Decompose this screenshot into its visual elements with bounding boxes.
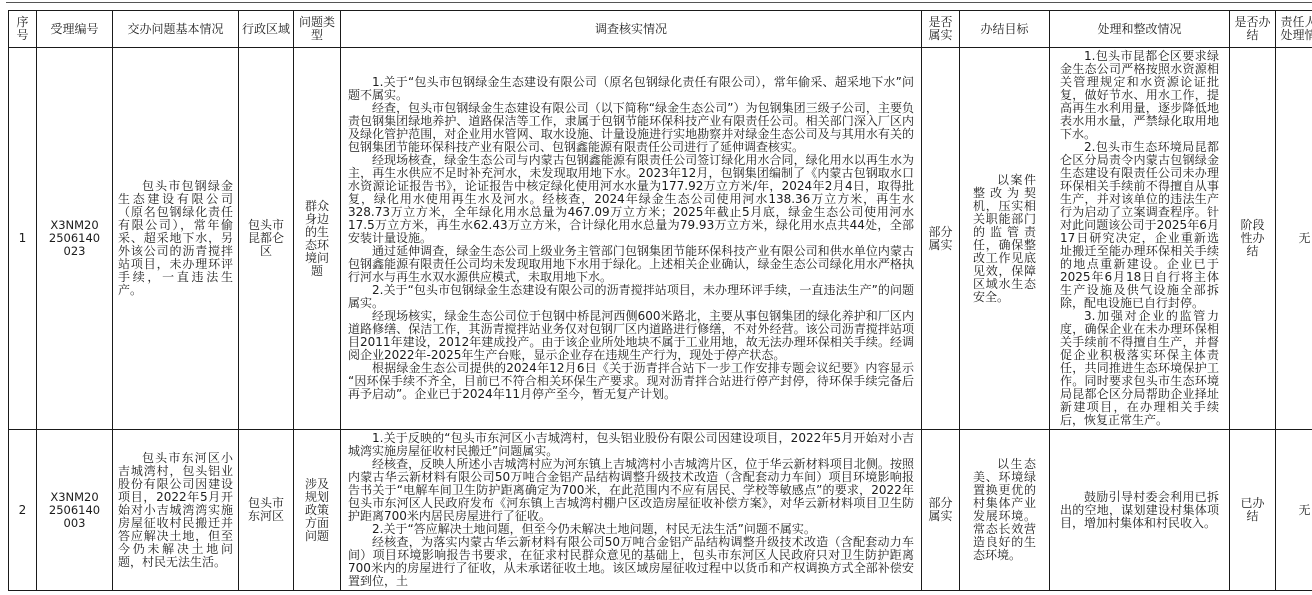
cell-seq: 2: [9, 430, 37, 591]
verification-paragraph: 经核查，为落实内蒙古华云新材料有限公司50万吨合金铝产品结构调整升级技术改造（含…: [348, 536, 914, 588]
cell-is-closed: 已办结: [1230, 430, 1276, 591]
cell-is-closed: 阶段性办结: [1230, 48, 1276, 430]
col-header-region: 行政区域: [239, 11, 294, 48]
cell-verification: 1.关于“包头市包钢绿金生态建设有限公司（原名包钢绿化责任有限公司），常年偷采、…: [341, 48, 922, 430]
cell-type: 群众身边的生态环境问题: [294, 48, 341, 430]
cell-seq: 1: [9, 48, 37, 430]
cell-verification: 1.关于反映的“包头市东河区小吉城湾村，包头铝业股份有限公司因建设项目，2022…: [341, 430, 922, 591]
col-header-handling: 处理和整改情况: [1050, 11, 1230, 48]
verification-paragraph: 1.关于“包头市包钢绿金生态建设有限公司（原名包钢绿化责任有限公司），常年偷采、…: [348, 76, 914, 102]
col-header-is-true: 是否属实: [922, 11, 960, 48]
handling-paragraph: 3.加强对企业的监管力度，确保企业在未办理环保相关手续前不得擅自生产，并督促企业…: [1060, 310, 1219, 427]
goal-text: 以案件整改为契机，压实相关职能部门的监管责任，确保整改工作见底见效，保障区域水生…: [973, 174, 1036, 304]
cell-case-no: X3NM202506140003: [37, 430, 113, 591]
verification-paragraph: 经核查，反映人所述小吉城湾村应为河东镇上吉城湾村小吉城湾片区，位于华云新材料项目…: [348, 458, 914, 523]
col-header-seq: 序号: [9, 11, 37, 48]
col-header-problem: 交办问题基本情况: [113, 11, 239, 48]
verification-paragraph: 根据绿金生态公司提供的2024年12月6日《关于沥青拌合站下一步工作安排专题会议…: [348, 362, 914, 401]
verification-paragraph: 经现场核查，绿金生态公司与内蒙古包钢鑫能源有限责任公司签订绿化用水合同，绿化用水…: [348, 154, 914, 245]
verification-paragraph: 经现场核实，绿金生态公司位于包钢中桥昆河西侧600米路北，主要从事包钢集团的绿化…: [348, 310, 914, 362]
col-header-case-no: 受理编号: [37, 11, 113, 48]
col-header-responsible: 责任人被处理情况: [1276, 11, 1312, 48]
cell-type: 涉及规划政策方面问题: [294, 430, 341, 591]
case-table: 序号 受理编号 交办问题基本情况 行政区域 问题类型 调查核实情况 是否属实 办…: [8, 10, 1312, 591]
cell-region: 包头市昆都仑区: [239, 48, 294, 430]
document-page: 序号 受理编号 交办问题基本情况 行政区域 问题类型 调查核实情况 是否属实 办…: [8, 10, 1312, 591]
cell-case-no: X3NM202506140023: [37, 48, 113, 430]
col-header-is-closed: 是否办结: [1230, 11, 1276, 48]
verification-paragraph: 经查，包头市包钢绿金生态建设有限公司（以下简称“绿金生态公司”）为包钢集团三级子…: [348, 102, 914, 154]
cell-responsible: 无: [1276, 48, 1312, 430]
handling-paragraph: 1.包头市昆都仑区要求绿金生态公司严格按照水资源相关管理规定和水资源论证批复，做…: [1060, 50, 1219, 141]
goal-text: 以生态美、环境绿置换更优的村集体产业发展环境。常态长效营造良好的生态环境。: [973, 458, 1036, 562]
cell-is-true: 部分属实: [922, 48, 960, 430]
top-rule: [6, 2, 1312, 3]
header-row: 序号 受理编号 交办问题基本情况 行政区域 问题类型 调查核实情况 是否属实 办…: [9, 11, 1312, 48]
cell-handling: 鼓励引导村委会利用已拆出的空地，谋划建设村集体项目，增加村集体和村民收入。: [1050, 430, 1230, 591]
verification-paragraph: 通过延伸调查，绿金生态公司上级业务主管部门包钢集团节能环保科技产业有限公司和供水…: [348, 245, 914, 284]
cell-problem: 包头市东河区小吉城湾村，包头铝业股份有限公司因建设项目，2022年5月开始对小吉…: [113, 430, 239, 591]
verification-paragraph: 1.关于反映的“包头市东河区小吉城湾村，包头铝业股份有限公司因建设项目，2022…: [348, 432, 914, 458]
cell-goal: 以案件整改为契机，压实相关职能部门的监管责任，确保整改工作见底见效，保障区域水生…: [960, 48, 1050, 430]
col-header-type: 问题类型: [294, 11, 341, 48]
problem-text: 包头市包钢绿金生态建设有限公司（原名包钢绿化责任有限公司），常年偷采、超采地下水…: [118, 180, 233, 297]
handling-paragraph: 2.包头市生态环境局昆都仑区分局责令内蒙古包钢绿金生态建设有限责任公司未办理环保…: [1060, 141, 1219, 310]
table-row-1: 1 X3NM202506140023 包头市包钢绿金生态建设有限公司（原名包钢绿…: [9, 48, 1312, 430]
cell-goal: 以生态美、环境绿置换更优的村集体产业发展环境。常态长效营造良好的生态环境。: [960, 430, 1050, 591]
table-row-2: 2 X3NM202506140003 包头市东河区小吉城湾村，包头铝业股份有限公…: [9, 430, 1312, 591]
problem-text: 包头市东河区小吉城湾村，包头铝业股份有限公司因建设项目，2022年5月开始对小吉…: [118, 452, 233, 569]
cell-handling: 1.包头市昆都仑区要求绿金生态公司严格按照水资源相关管理规定和水资源论证批复，做…: [1050, 48, 1230, 430]
col-header-goal: 办结目标: [960, 11, 1050, 48]
cell-responsible: 无: [1276, 430, 1312, 591]
verification-paragraph: 2.关于“包头市包钢绿金生态建设有限公司的沥青搅拌站项目，未办理环评手续，一直违…: [348, 284, 914, 310]
cell-problem: 包头市包钢绿金生态建设有限公司（原名包钢绿化责任有限公司），常年偷采、超采地下水…: [113, 48, 239, 430]
col-header-verification: 调查核实情况: [341, 11, 922, 48]
handling-paragraph: 鼓励引导村委会利用已拆出的空地，谋划建设村集体项目，增加村集体和村民收入。: [1060, 491, 1219, 530]
cell-region: 包头市东河区: [239, 430, 294, 591]
cell-is-true: 部分属实: [922, 430, 960, 591]
